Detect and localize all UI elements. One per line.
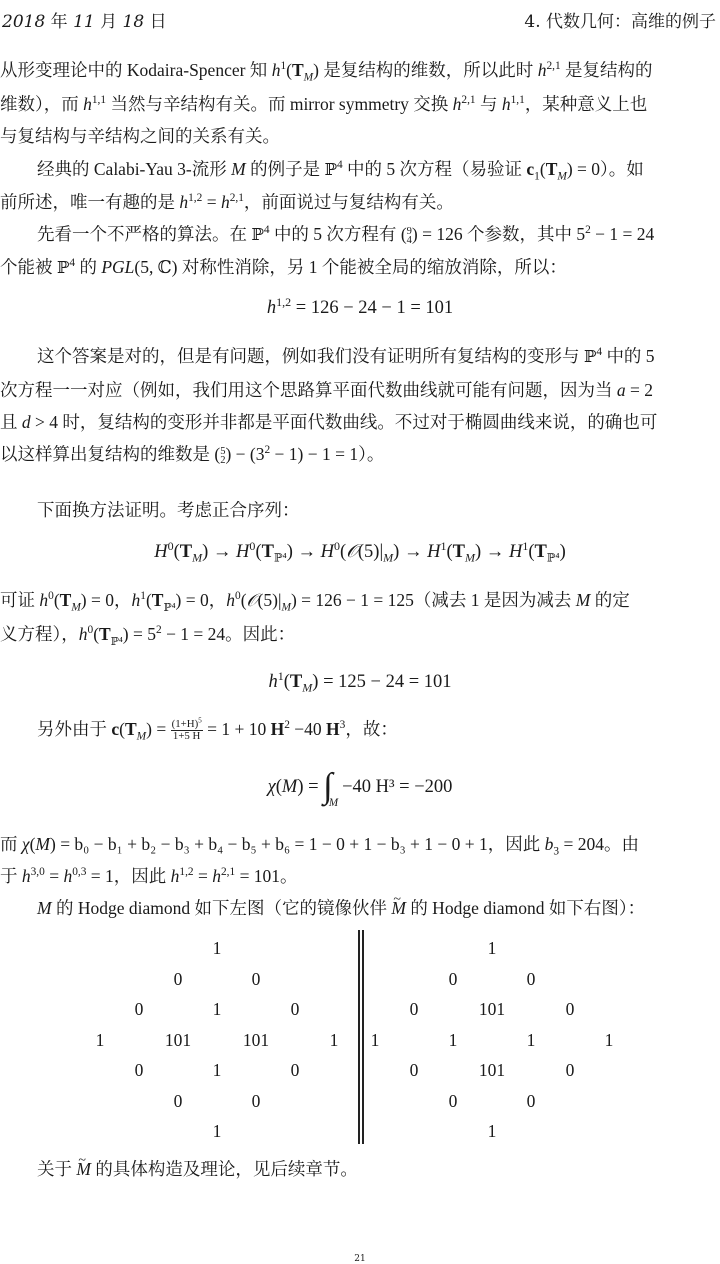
equation-h12: h1,2 = 126 − 24 − 1 = 101 bbox=[0, 293, 720, 323]
hodge-number: 101 bbox=[165, 1030, 191, 1050]
hodge-number: 101 bbox=[479, 1060, 505, 1080]
hodge-number: 0 bbox=[410, 999, 419, 1019]
hodge-number: 0 bbox=[527, 969, 536, 989]
divider-line bbox=[362, 930, 364, 1144]
hodge-diamonds: 10001011011011010001 1000101011110101000… bbox=[0, 930, 720, 1170]
paragraph-4-line-4: 以这样算出复结构的维数是 (52) − (32 − 1) − 1 = 1）。 bbox=[0, 438, 720, 471]
paragraph-1-line-2: 维数），而 h1,1 当然与辛结构有关。而 mirror symmetry 交换… bbox=[0, 88, 720, 121]
hodge-number: 1 bbox=[488, 1121, 497, 1141]
hodge-number: 0 bbox=[291, 999, 300, 1019]
hodge-number: 0 bbox=[252, 1091, 261, 1111]
hodge-number: 1 bbox=[330, 1030, 339, 1050]
divider-line bbox=[358, 930, 360, 1144]
paragraph-1-line-1: 从形变理论中的 Kodaira-Spencer 知 h1(TM) 是复结构的维数… bbox=[0, 54, 720, 87]
paragraph-4-line-3: 且 d > 4 时，复结构的变形并非都是平面代数曲线。不过对于椭圆曲线来说，的确… bbox=[0, 406, 720, 439]
paragraph-7: 另外由于 c(TM) = (1+H)51+5 H = 1 + 10 H2 −40… bbox=[0, 713, 720, 746]
hodge-number: 0 bbox=[291, 1060, 300, 1080]
hodge-number: 101 bbox=[479, 999, 505, 1019]
paragraph-10: 关于 M 的具体构造及理论，见后续章节。 bbox=[0, 1153, 720, 1186]
hodge-number: 0 bbox=[252, 969, 261, 989]
hodge-number: 1 bbox=[213, 1121, 222, 1141]
hodge-number: 1 bbox=[213, 999, 222, 1019]
header-section-title: 4. 代数几何：高维的例子 bbox=[524, 10, 716, 34]
hodge-number: 0 bbox=[566, 1060, 575, 1080]
hodge-number: 0 bbox=[527, 1091, 536, 1111]
paragraph-6-line-2: 义方程），h0(Tℙ⁴) = 52 − 1 = 24。因此： bbox=[0, 618, 720, 651]
paragraph-4-line-1: 这个答案是对的，但是有问题，例如我们没有证明所有复结构的变形与 ℙ4 中的 5 bbox=[0, 340, 720, 373]
equation-exact-sequence: H0(TM) → H0(Tℙ⁴) → H0(𝒪(5)|M) → H1(TM) →… bbox=[0, 537, 720, 567]
hodge-number: 1 bbox=[605, 1030, 614, 1050]
hodge-number: 0 bbox=[135, 999, 144, 1019]
paragraph-4-line-2: 次方程一一对应（例如，我们用这个思路算平面代数曲线就可能有问题，因为当 a = … bbox=[0, 374, 720, 407]
hodge-number: 0 bbox=[174, 1091, 183, 1111]
hodge-number: 0 bbox=[449, 1091, 458, 1111]
hodge-number: 1 bbox=[527, 1030, 536, 1050]
hodge-number: 0 bbox=[566, 999, 575, 1019]
paragraph-8-line-1: 而 χ(M) = b₀ − b₁ + b₂ − b₃ + b₄ − b₅ + b… bbox=[0, 828, 720, 861]
paragraph-2-line-1: 经典的 Calabi-Yau 3-流形 M 的例子是 ℙ4 中的 5 次方程（易… bbox=[0, 153, 720, 186]
hodge-number: 0 bbox=[135, 1060, 144, 1080]
header-date: 2018 年 11 月 18 日 bbox=[2, 10, 167, 34]
hodge-number: 1 bbox=[213, 1060, 222, 1080]
paragraph-6-line-1: 可证 h0(TM) = 0，h1(Tℙ⁴) = 0，h0(𝒪(5)|M) = 1… bbox=[0, 584, 720, 617]
hodge-number: 1 bbox=[449, 1030, 458, 1050]
paragraph-3-line-1: 先看一个不严格的算法。在 ℙ4 中的 5 次方程有 (94) = 126 个参数… bbox=[0, 218, 720, 251]
equation-euler-characteristic: χ(M) = ∫M−40 H³ = −200 bbox=[0, 772, 720, 804]
equation-h1-TM: h1(TM) = 125 − 24 = 101 bbox=[0, 667, 720, 697]
hodge-number: 1 bbox=[213, 938, 222, 958]
hodge-number: 1 bbox=[371, 1030, 380, 1050]
paragraph-8-line-2: 于 h3,0 = h0,3 = 1，因此 h1,2 = h2,1 = 101。 bbox=[0, 860, 720, 893]
paragraph-3-line-2: 个能被 ℙ4 的 PGL(5, ℂ) 对称性消除，另 1 个能被全局的缩放消除，… bbox=[0, 251, 720, 284]
page-number: 21 bbox=[0, 1254, 720, 1264]
paragraph-9: M 的 Hodge diamond 如下左图（它的镜像伙伴 M 的 Hodge … bbox=[0, 892, 720, 925]
page-header: 2018 年 11 月 18 日 4. 代数几何：高维的例子 bbox=[0, 10, 720, 34]
paragraph-5: 下面换方法证明。考虑正合序列： bbox=[0, 494, 720, 527]
paragraph-2-line-2: 前所述，唯一有趣的是 h1,2 = h2,1，前面说过与复结构有关。 bbox=[0, 186, 720, 219]
hodge-number: 1 bbox=[96, 1030, 105, 1050]
hodge-number: 101 bbox=[243, 1030, 269, 1050]
hodge-number: 0 bbox=[449, 969, 458, 989]
hodge-number: 0 bbox=[410, 1060, 419, 1080]
hodge-number: 0 bbox=[174, 969, 183, 989]
paragraph-1-line-3: 与复结构与辛结构之间的关系有关。 bbox=[0, 120, 720, 153]
hodge-number: 1 bbox=[488, 938, 497, 958]
